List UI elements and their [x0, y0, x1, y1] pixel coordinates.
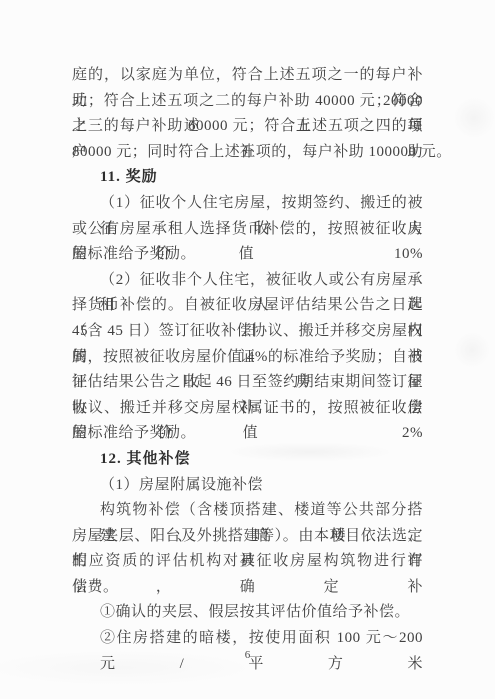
text-line: （2）征收非个人住宅，被征收人或公有房屋承租人选: [72, 268, 423, 294]
document-body: 庭的，以家庭为单位，符合上述五项之一的每户补助 20000 元；符合上述五项之二…: [72, 63, 423, 652]
text-line: 的，按照被征收房屋价值 4%的标准给予奖励；自被征收房屋: [72, 345, 423, 371]
text-line: 庭的，以家庭为单位，符合上述五项之一的每户补助 20000: [72, 63, 423, 89]
text-line: 元；符合上述五项之二的每户补助 40000 元；符合上述五项: [72, 89, 423, 115]
text-line: ①确认的夹层、假层按其评估价值给予补偿。: [72, 600, 423, 626]
text-line: 择货币补偿的。自被征收房屋评估结果公告之日起 45 日内: [72, 293, 423, 319]
text-line: 评估结果公告之日起 46 日至签约期结束期间签订征收补偿: [72, 370, 423, 396]
text-line: 或公有房屋承租人选择货币补偿的，按照被征收房屋价值 10%: [72, 217, 423, 243]
text-line: 相应资质的评估机构对被征收房屋构筑物进行评估，确定补: [72, 549, 423, 575]
text-line: 80000 元；同时符合上述五项的，每户补助 100000 元。: [72, 140, 423, 166]
section-heading-11: 11. 奖励: [72, 165, 423, 191]
page-number: 6: [0, 648, 495, 662]
text-line: 房屋夹层、阳台及外挑搭建等）。由本项目依法选定的具有: [72, 524, 423, 550]
document-page: 庭的，以家庭为单位，符合上述五项之一的每户补助 20000 元；符合上述五项之二…: [0, 0, 495, 699]
text-line: （1）房屋附属设施补偿: [72, 473, 423, 499]
text-line: 协议、搬迁并移交房屋权属证书的，按照被征收房屋价值 2%: [72, 396, 423, 422]
text-line: （1）征收个人住宅房屋，按期签约、搬迁的被征收人: [72, 191, 423, 217]
section-heading-12: 12. 其他补偿: [72, 447, 423, 473]
text-line: （含 45 日）签订征收补偿协议、搬迁并移交房屋权属证书: [72, 319, 423, 345]
text-line: 构筑物补偿（含楼顶搭建、楼道等公共部分搭建、暗楼、: [72, 498, 423, 524]
text-line: 之三的每户补助 60000 元；符合上述五项之四的每户补助: [72, 114, 423, 140]
